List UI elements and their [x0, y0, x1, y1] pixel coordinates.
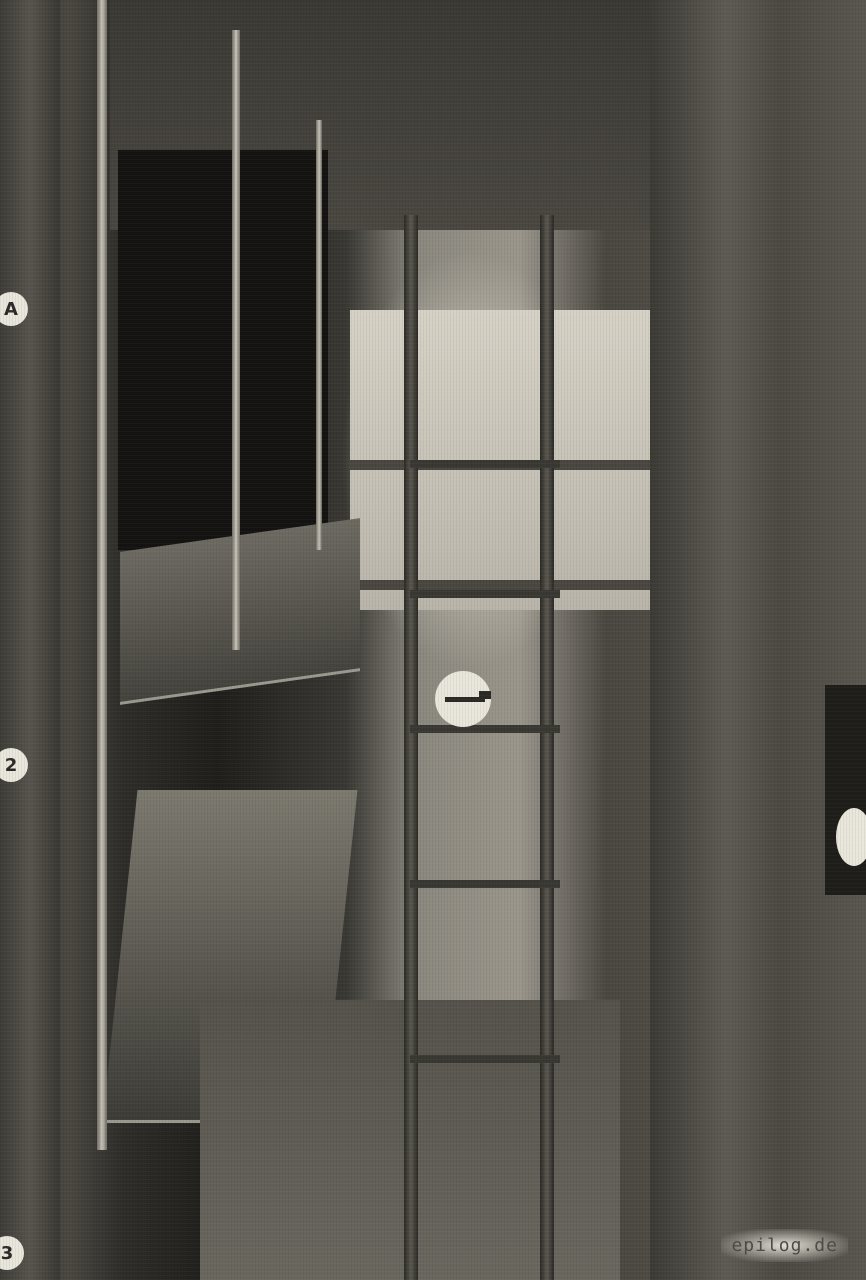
- right-wall-panel: [650, 0, 866, 1280]
- dark-upper-bunk-bay: [118, 150, 328, 550]
- support-pole: [232, 30, 240, 650]
- support-pole: [316, 120, 322, 550]
- ladder-rung: [410, 1055, 560, 1063]
- ladder-rail-right: [540, 215, 554, 1280]
- ladder-rung: [410, 725, 560, 733]
- ladder-rail-left: [404, 215, 418, 1280]
- support-pole: [97, 0, 107, 1150]
- ladder-rung: [410, 460, 560, 468]
- window-crossbar: [350, 580, 650, 590]
- ladder-rung: [410, 590, 560, 598]
- ladder-rung: [410, 880, 560, 888]
- round-plaque-icon: [836, 808, 866, 866]
- round-plaque-icon: [435, 671, 491, 727]
- left-post: [0, 0, 60, 1280]
- watermark: epilog.de: [721, 1229, 848, 1262]
